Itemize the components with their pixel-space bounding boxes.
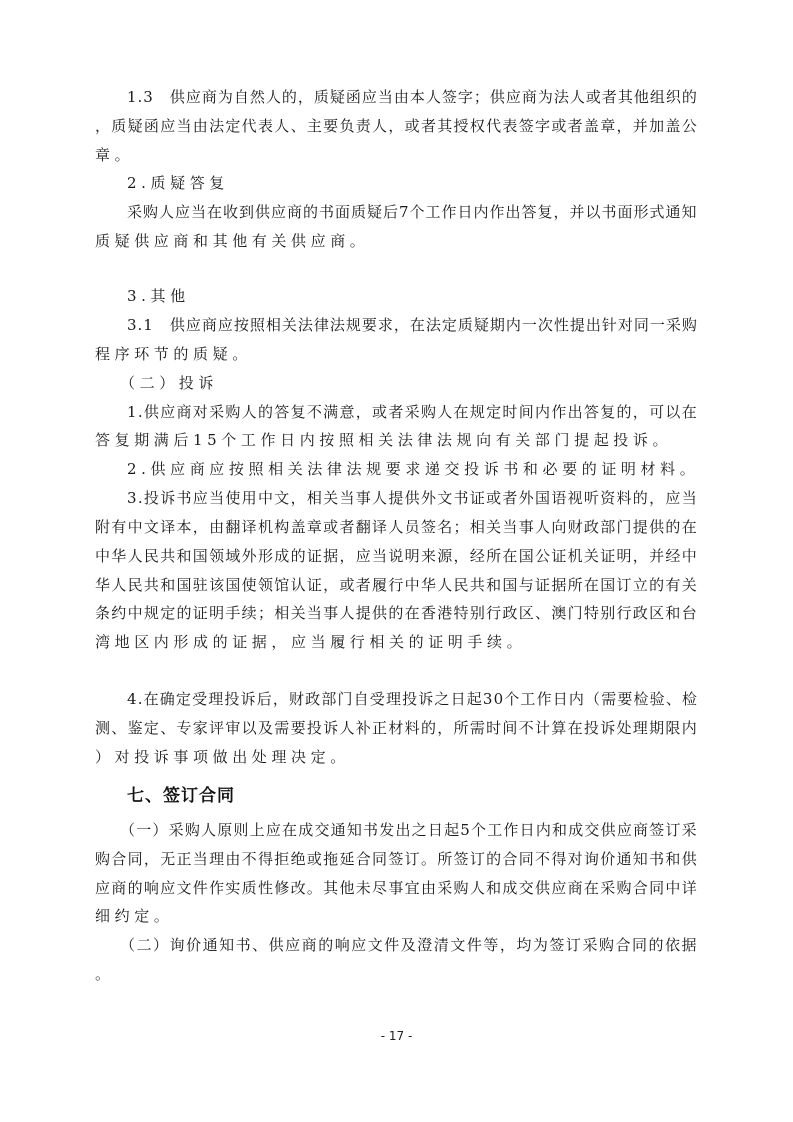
page-number: - 17 - (0, 1028, 793, 1044)
complaint-item-3-line-2: 附有中文译本，由翻译机构盖章或者翻译人员签名；相关当事人向财政部门提供的在 (95, 515, 697, 539)
paragraph-1-3-line-3: 章。 (95, 143, 134, 167)
subheading-other: 3.其他 (127, 284, 190, 308)
section-heading-sign-contract: 七、签订合同 (127, 784, 235, 808)
paragraph-3-1-line-2: 程序环节的质疑。 (95, 342, 252, 366)
contract-item-1-line-3: 应商的响应文件作实质性修改。其他未尽事宜由采购人和成交供应商在采购合同中详 (95, 876, 697, 900)
paragraph-query-reply-line-2: 质疑供应商和其他有关供应商。 (95, 229, 369, 253)
paragraph-1-3-line-1: 1.3 供应商为自然人的，质疑函应当由本人签字；供应商为法人或者其他组织的 (127, 85, 697, 109)
complaint-item-2: 2.供应商应按照相关法律法规要求递交投诉书和必要的证明材料。 (127, 457, 699, 481)
contract-item-2-line-2: 。 (95, 962, 115, 986)
complaint-item-4-line-2: 测、鉴定、专家评审以及需要投诉人补正材料的，所需时间不计算在投诉处理期限内 (95, 716, 697, 740)
complaint-item-3-line-6: 湾地区内形成的证据，应当履行相关的证明手续。 (95, 630, 526, 654)
contract-item-1-line-1: （一）采购人原则上应在成交通知书发出之日起5个工作日内和成交供应商签订采 (120, 818, 697, 842)
paragraph-1-3-line-2: ，质疑函应当由法定代表人、主要负责人，或者其授权代表签字或者盖章，并加盖公 (95, 114, 697, 138)
subheading-complaint: （二）投诉 (120, 371, 218, 395)
complaint-item-3-line-3: 中华人民共和国领域外形成的证据，应当说明来源，经所在国公证机关证明，并经中 (95, 544, 697, 568)
complaint-item-1-line-2: 答复期满后15个工作日内按照相关法律法规向有关部门提起投诉。 (95, 428, 672, 452)
paragraph-query-reply-line-1: 采购人应当在收到供应商的书面质疑后7个工作日内作出答复，并以书面形式通知 (127, 200, 697, 224)
contract-item-1-line-4: 细约定。 (95, 904, 173, 928)
document-page: 1.3 供应商为自然人的，质疑函应当由本人签字；供应商为法人或者其他组织的 ，质… (0, 0, 793, 1122)
complaint-item-4-line-3: ）对投诉事项做出处理决定。 (95, 745, 350, 769)
complaint-item-3-line-1: 3.投诉书应当使用中文，相关当事人提供外文书证或者外国语视听资料的，应当 (127, 486, 697, 510)
contract-item-2-line-1: （二）询价通知书、供应商的响应文件及澄清文件等，均为签订采购合同的依据 (120, 933, 697, 957)
complaint-item-3-line-4: 华人民共和国驻该国使领馆认证，或者履行中华人民共和国与证据所在国订立的有关 (95, 573, 697, 597)
contract-item-1-line-2: 购合同，无正当理由不得拒绝或拖延合同签订。所签订的合同不得对询价通知书和供 (95, 847, 697, 871)
complaint-item-4-line-1: 4.在确定受理投诉后，财政部门自受理投诉之日起30个工作日内（需要检验、检 (127, 687, 697, 711)
complaint-item-1-line-1: 1.供应商对采购人的答复不满意，或者采购人在规定时间内作出答复的，可以在 (127, 400, 697, 424)
complaint-item-3-line-5: 条约中规定的证明手续；相关当事人提供的在香港特别行政区、澳门特别行政区和台 (95, 601, 697, 625)
subheading-query-reply: 2.质疑答复 (127, 171, 229, 195)
paragraph-3-1-line-1: 3.1 供应商应按照相关法律法规要求，在法定质疑期内一次性提出针对同一采购 (127, 313, 697, 337)
